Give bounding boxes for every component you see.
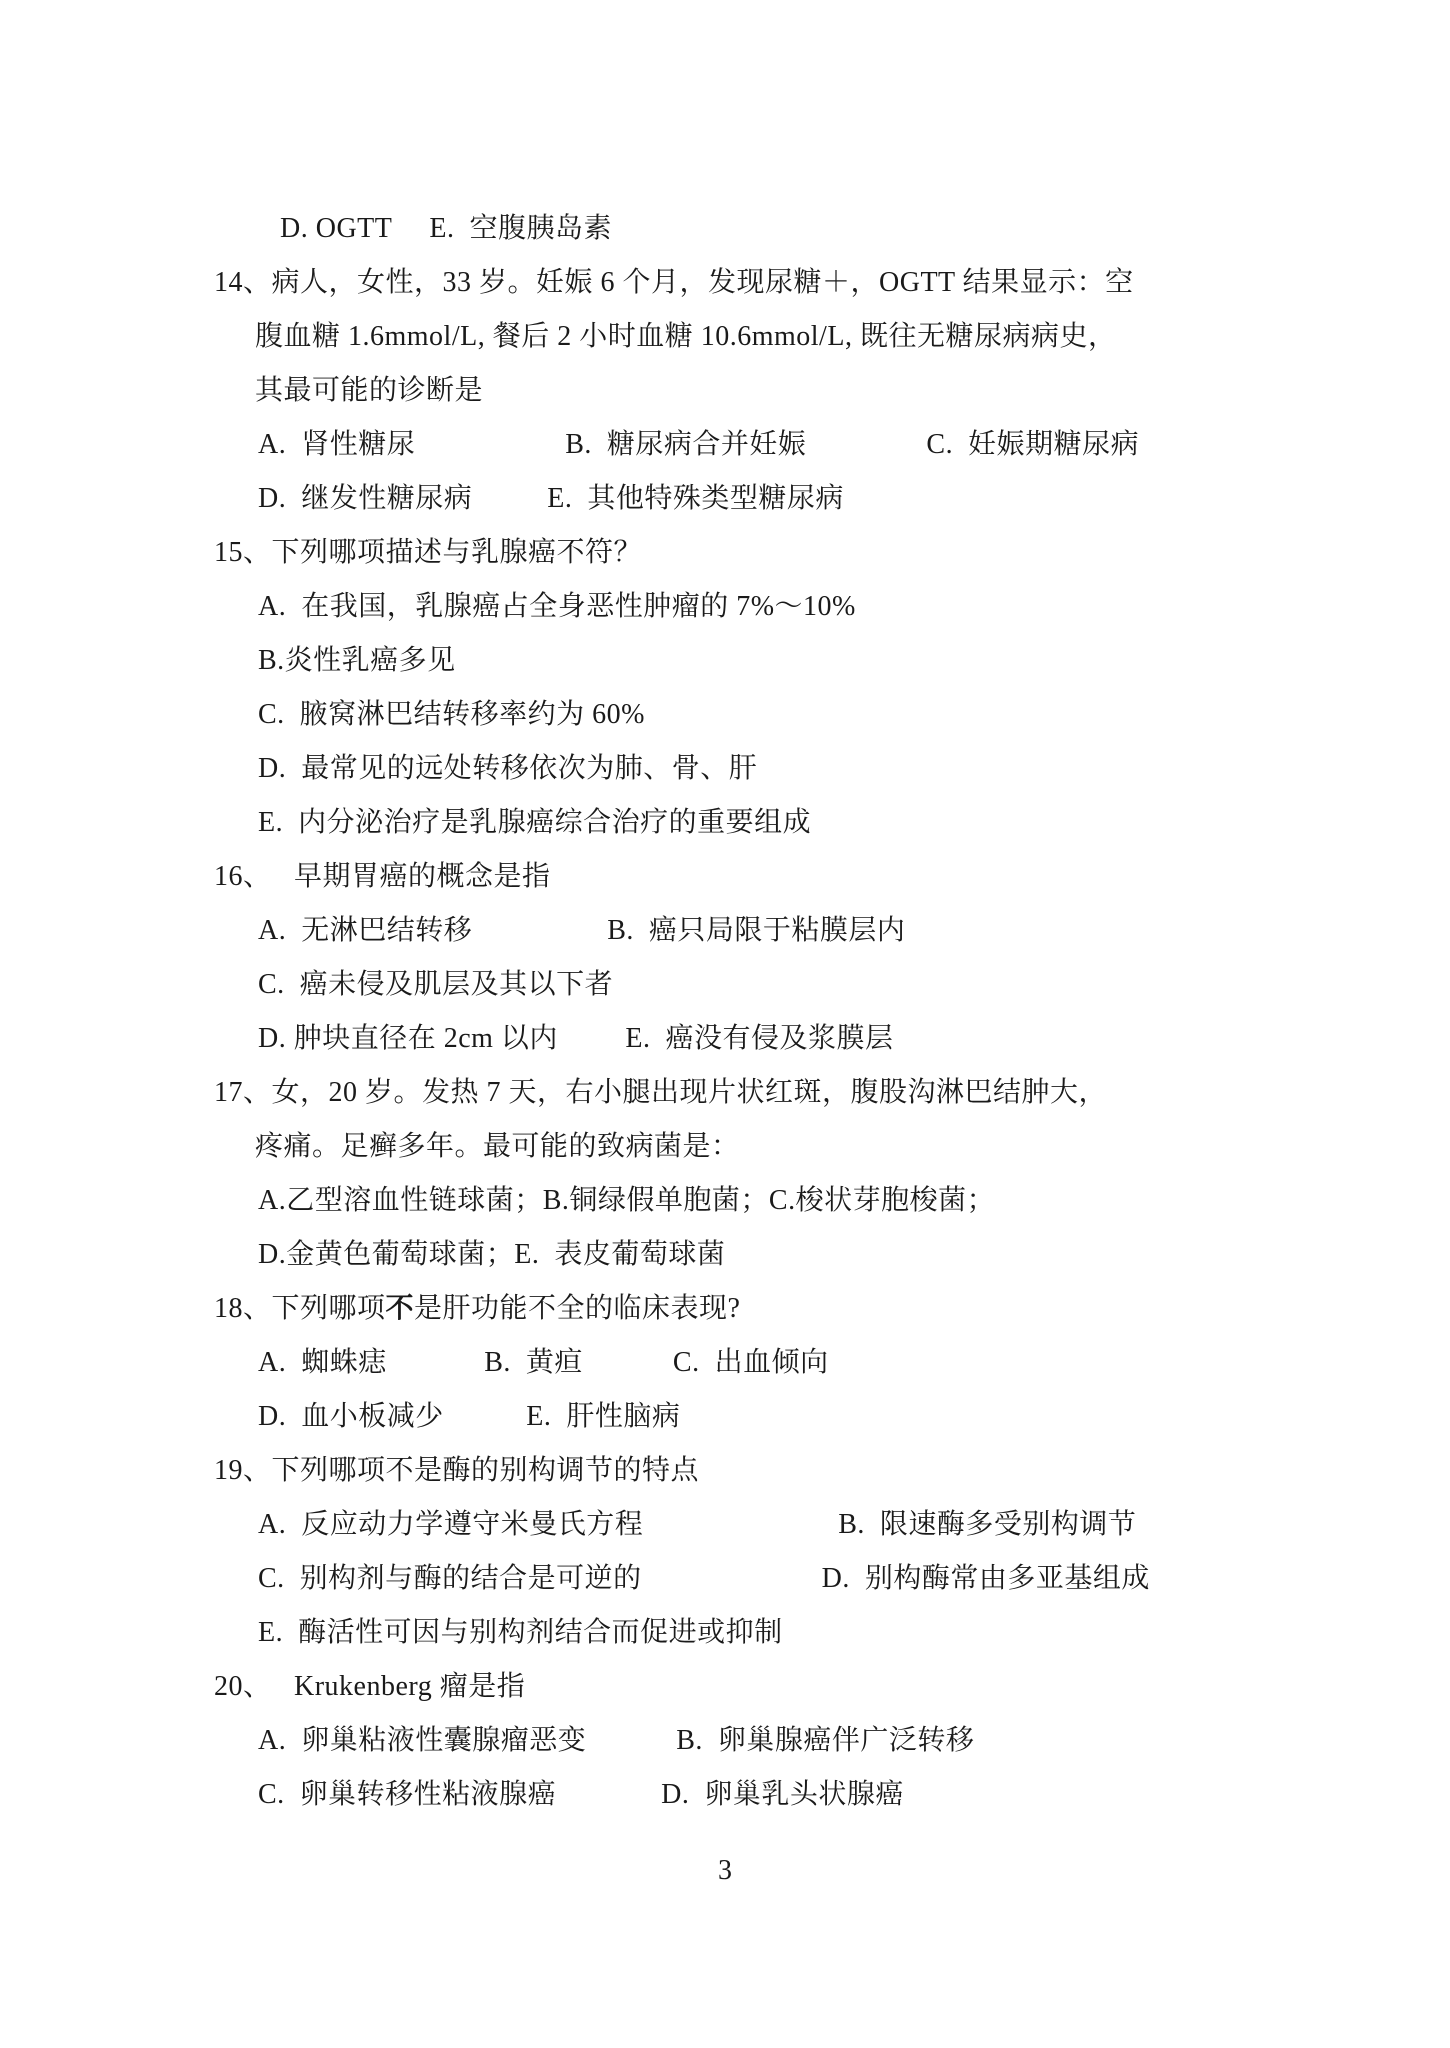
page-number: 3 — [0, 1844, 1450, 1898]
text-segment: C. 卵巢转移性粘液腺癌 D. 卵巢乳头状腺癌 — [258, 1779, 904, 1810]
text-line: 16、 早期胃癌的概念是指 — [0, 850, 1450, 904]
text-line: A.乙型溶血性链球菌；B.铜绿假单胞菌；C.梭状芽胞梭菌； — [0, 1174, 1450, 1228]
text-segment: D.金黄色葡萄球菌；E. 表皮葡萄球菌 — [258, 1239, 725, 1270]
text-segment: 疼痛。足癣多年。最可能的致病菌是： — [255, 1131, 740, 1162]
text-segment: 14、病人，女性，33 岁。妊娠 6 个月，发现尿糖＋，OGTT 结果显示：空 — [214, 267, 1134, 298]
text-segment: A.乙型溶血性链球菌；B.铜绿假单胞菌；C.梭状芽胞梭菌； — [258, 1185, 995, 1216]
text-line: D. 继发性糖尿病 E. 其他特殊类型糖尿病 — [0, 472, 1450, 526]
text-line: A. 肾性糖尿 B. 糖尿病合并妊娠 C. 妊娠期糖尿病 — [0, 418, 1450, 472]
text-line: D.金黄色葡萄球菌；E. 表皮葡萄球菌 — [0, 1228, 1450, 1282]
text-segment: A. 在我国，乳腺癌占全身恶性肿瘤的 7%～10% — [258, 591, 856, 622]
text-line: 腹血糖 1.6mmol/L, 餐后 2 小时血糖 10.6mmol/L, 既往无… — [0, 310, 1450, 364]
text-segment: D. 肿块直径在 2cm 以内 E. 癌没有侵及浆膜层 — [258, 1023, 894, 1054]
text-segment: 20、 Krukenberg 瘤是指 — [214, 1671, 525, 1702]
text-segment: E. 酶活性可因与别构剂结合而促进或抑制 — [258, 1617, 783, 1648]
text-line: 20、 Krukenberg 瘤是指 — [0, 1660, 1450, 1714]
text-segment: 19、下列哪项不是酶的别构调节的特点 — [214, 1455, 699, 1486]
exam-page: D. OGTT E. 空腹胰岛素14、病人，女性，33 岁。妊娠 6 个月，发现… — [0, 0, 1450, 2048]
text-line: 17、女，20 岁。发热 7 天，右小腿出现片状红斑，腹股沟淋巴结肿大， — [0, 1066, 1450, 1120]
text-line: 14、病人，女性，33 岁。妊娠 6 个月，发现尿糖＋，OGTT 结果显示：空 — [0, 256, 1450, 310]
text-segment: 16、 早期胃癌的概念是指 — [214, 861, 551, 892]
text-segment: B.炎性乳癌多见 — [258, 645, 456, 676]
text-segment: A. 蜘蛛痣 B. 黄疸 C. 出血倾向 — [258, 1347, 829, 1378]
text-line: C. 别构剂与酶的结合是可逆的 D. 别构酶常由多亚基组成 — [0, 1552, 1450, 1606]
text-line: A. 在我国，乳腺癌占全身恶性肿瘤的 7%～10% — [0, 580, 1450, 634]
text-line: D. OGTT E. 空腹胰岛素 — [0, 202, 1450, 256]
text-segment: A. 无淋巴结转移 B. 癌只局限于粘膜层内 — [258, 915, 905, 946]
text-segment: D. 继发性糖尿病 E. 其他特殊类型糖尿病 — [258, 483, 844, 514]
text-segment: C. 腋窝淋巴结转移率约为 60% — [258, 699, 645, 730]
text-line: 15、下列哪项描述与乳腺癌不符？ — [0, 526, 1450, 580]
text-line: C. 卵巢转移性粘液腺癌 D. 卵巢乳头状腺癌 — [0, 1768, 1450, 1822]
text-segment: C. 别构剂与酶的结合是可逆的 D. 别构酶常由多亚基组成 — [258, 1563, 1150, 1594]
text-line: A. 卵巢粘液性囊腺瘤恶变 B. 卵巢腺癌伴广泛转移 — [0, 1714, 1450, 1768]
text-line: A. 反应动力学遵守米曼氏方程 B. 限速酶多受别构调节 — [0, 1498, 1450, 1552]
text-line: 疼痛。足癣多年。最可能的致病菌是： — [0, 1120, 1450, 1174]
text-line: A. 蜘蛛痣 B. 黄疸 C. 出血倾向 — [0, 1336, 1450, 1390]
text-segment: E. 内分泌治疗是乳腺癌综合治疗的重要组成 — [258, 807, 811, 838]
text-segment: 17、女，20 岁。发热 7 天，右小腿出现片状红斑，腹股沟淋巴结肿大， — [214, 1077, 1107, 1108]
text-line: 18、下列哪项不是肝功能不全的临床表现? — [0, 1282, 1450, 1336]
text-segment: A. 肾性糖尿 B. 糖尿病合并妊娠 C. 妊娠期糖尿病 — [258, 429, 1139, 460]
text-segment: 其最可能的诊断是 — [255, 375, 483, 406]
text-segment: D. 最常见的远处转移依次为肺、骨、肝 — [258, 753, 757, 784]
text-segment: 18、下列哪项 — [214, 1293, 386, 1324]
text-segment: 腹血糖 1.6mmol/L, 餐后 2 小时血糖 10.6mmol/L, 既往无… — [255, 321, 1116, 352]
text-line: D. 最常见的远处转移依次为肺、骨、肝 — [0, 742, 1450, 796]
text-line: 19、下列哪项不是酶的别构调节的特点 — [0, 1444, 1450, 1498]
text-line: D. 血小板减少 E. 肝性脑病 — [0, 1390, 1450, 1444]
text-segment: D. 血小板减少 E. 肝性脑病 — [258, 1401, 680, 1432]
text-line: C. 癌未侵及肌层及其以下者 — [0, 958, 1450, 1012]
text-segment: A. 反应动力学遵守米曼氏方程 B. 限速酶多受别构调节 — [258, 1509, 1136, 1540]
text-segment: C. 癌未侵及肌层及其以下者 — [258, 969, 613, 1000]
text-line: B.炎性乳癌多见 — [0, 634, 1450, 688]
text-segment: 是肝功能不全的临床表现? — [414, 1293, 740, 1324]
text-line: E. 酶活性可因与别构剂结合而促进或抑制 — [0, 1606, 1450, 1660]
text-line: 其最可能的诊断是 — [0, 364, 1450, 418]
text-line: A. 无淋巴结转移 B. 癌只局限于粘膜层内 — [0, 904, 1450, 958]
text-line: D. 肿块直径在 2cm 以内 E. 癌没有侵及浆膜层 — [0, 1012, 1450, 1066]
bold-emphasis: 不 — [386, 1293, 415, 1324]
text-segment: 15、下列哪项描述与乳腺癌不符？ — [214, 537, 642, 568]
question-list: D. OGTT E. 空腹胰岛素14、病人，女性，33 岁。妊娠 6 个月，发现… — [0, 202, 1450, 1822]
text-segment: A. 卵巢粘液性囊腺瘤恶变 B. 卵巢腺癌伴广泛转移 — [258, 1725, 974, 1756]
text-segment: D. OGTT E. 空腹胰岛素 — [280, 213, 612, 244]
text-line: E. 内分泌治疗是乳腺癌综合治疗的重要组成 — [0, 796, 1450, 850]
text-line: C. 腋窝淋巴结转移率约为 60% — [0, 688, 1450, 742]
